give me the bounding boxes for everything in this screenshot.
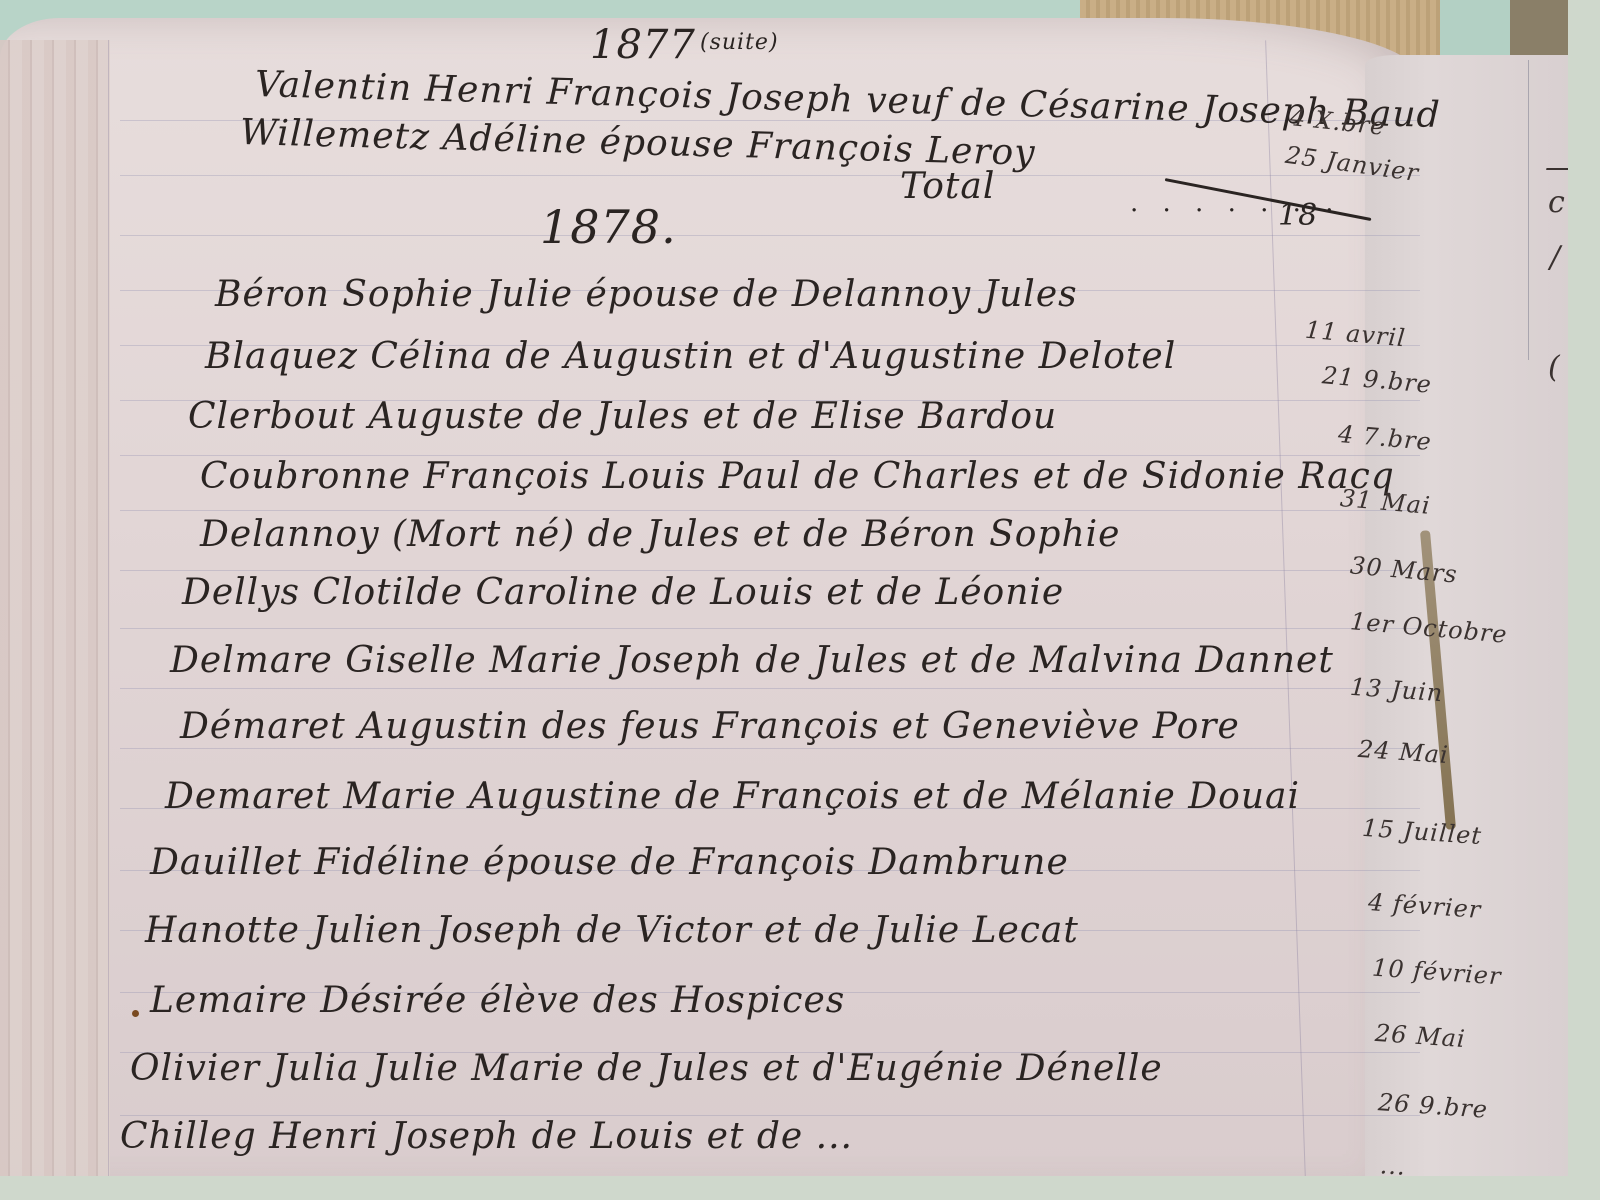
left-margin-line xyxy=(108,40,109,1176)
total-label: Total xyxy=(900,166,995,207)
ledger-entry-12: Olivier Julia Julie Marie de Jules et d'… xyxy=(130,1048,1163,1089)
ledger-entry-3: Coubronne François Louis Paul de Charles… xyxy=(200,456,1395,497)
ledger-entry-7: Démaret Augustin des feus François et Ge… xyxy=(180,706,1240,747)
right-page-glyph: / xyxy=(1550,240,1560,275)
right-page-glyph: c xyxy=(1548,185,1565,220)
ink-spot xyxy=(132,1010,139,1017)
year-heading-1877: 1877 xyxy=(590,22,696,68)
ledger-entry-10: Hanotte Julien Joseph de Victor et de Ju… xyxy=(145,910,1079,951)
year-heading-1878: 1878. xyxy=(540,200,677,254)
ruled-line xyxy=(120,175,1420,176)
ruled-line xyxy=(120,235,1420,236)
total-value: 18 xyxy=(1278,198,1318,233)
ruled-line xyxy=(120,510,1420,511)
ledger-entry-6: Delmare Giselle Marie Joseph de Jules et… xyxy=(170,640,1334,681)
ledger-entry-2: Clerbout Auguste de Jules et de Elise Ba… xyxy=(188,396,1057,437)
ruled-line xyxy=(120,688,1420,689)
ledger-entry-0: Béron Sophie Julie épouse de Delannoy Ju… xyxy=(215,274,1078,315)
ledger-page-edges xyxy=(0,40,110,1176)
ledger-entry-11: Lemaire Désirée élève des Hospices xyxy=(150,980,845,1021)
ledger-entry-9: Dauillet Fidéline épouse de François Dam… xyxy=(150,842,1069,883)
ruled-line xyxy=(120,570,1420,571)
ledger-entry-13: Chilleg Henri Joseph de Louis et de ... xyxy=(120,1116,853,1157)
ledger-entry-8: Demaret Marie Augustine de François et d… xyxy=(165,776,1300,817)
year-heading-note: (suite) xyxy=(700,30,779,55)
ledger-entry-1: Blaquez Célina de Augustin et d'Augustin… xyxy=(205,336,1176,377)
ledger-entry-5: Dellys Clotilde Caroline de Louis et de … xyxy=(182,572,1064,613)
ruled-line xyxy=(120,748,1420,749)
entry-date-13: ... xyxy=(1379,1151,1407,1176)
right-page-glyph: — xyxy=(1545,150,1568,185)
ledger-entry-4: Delannoy (Mort né) de Jules et de Béron … xyxy=(200,514,1120,555)
right-page-margin-line xyxy=(1528,60,1529,360)
ruled-line xyxy=(120,628,1420,629)
right-page-glyph: ( xyxy=(1548,350,1560,385)
